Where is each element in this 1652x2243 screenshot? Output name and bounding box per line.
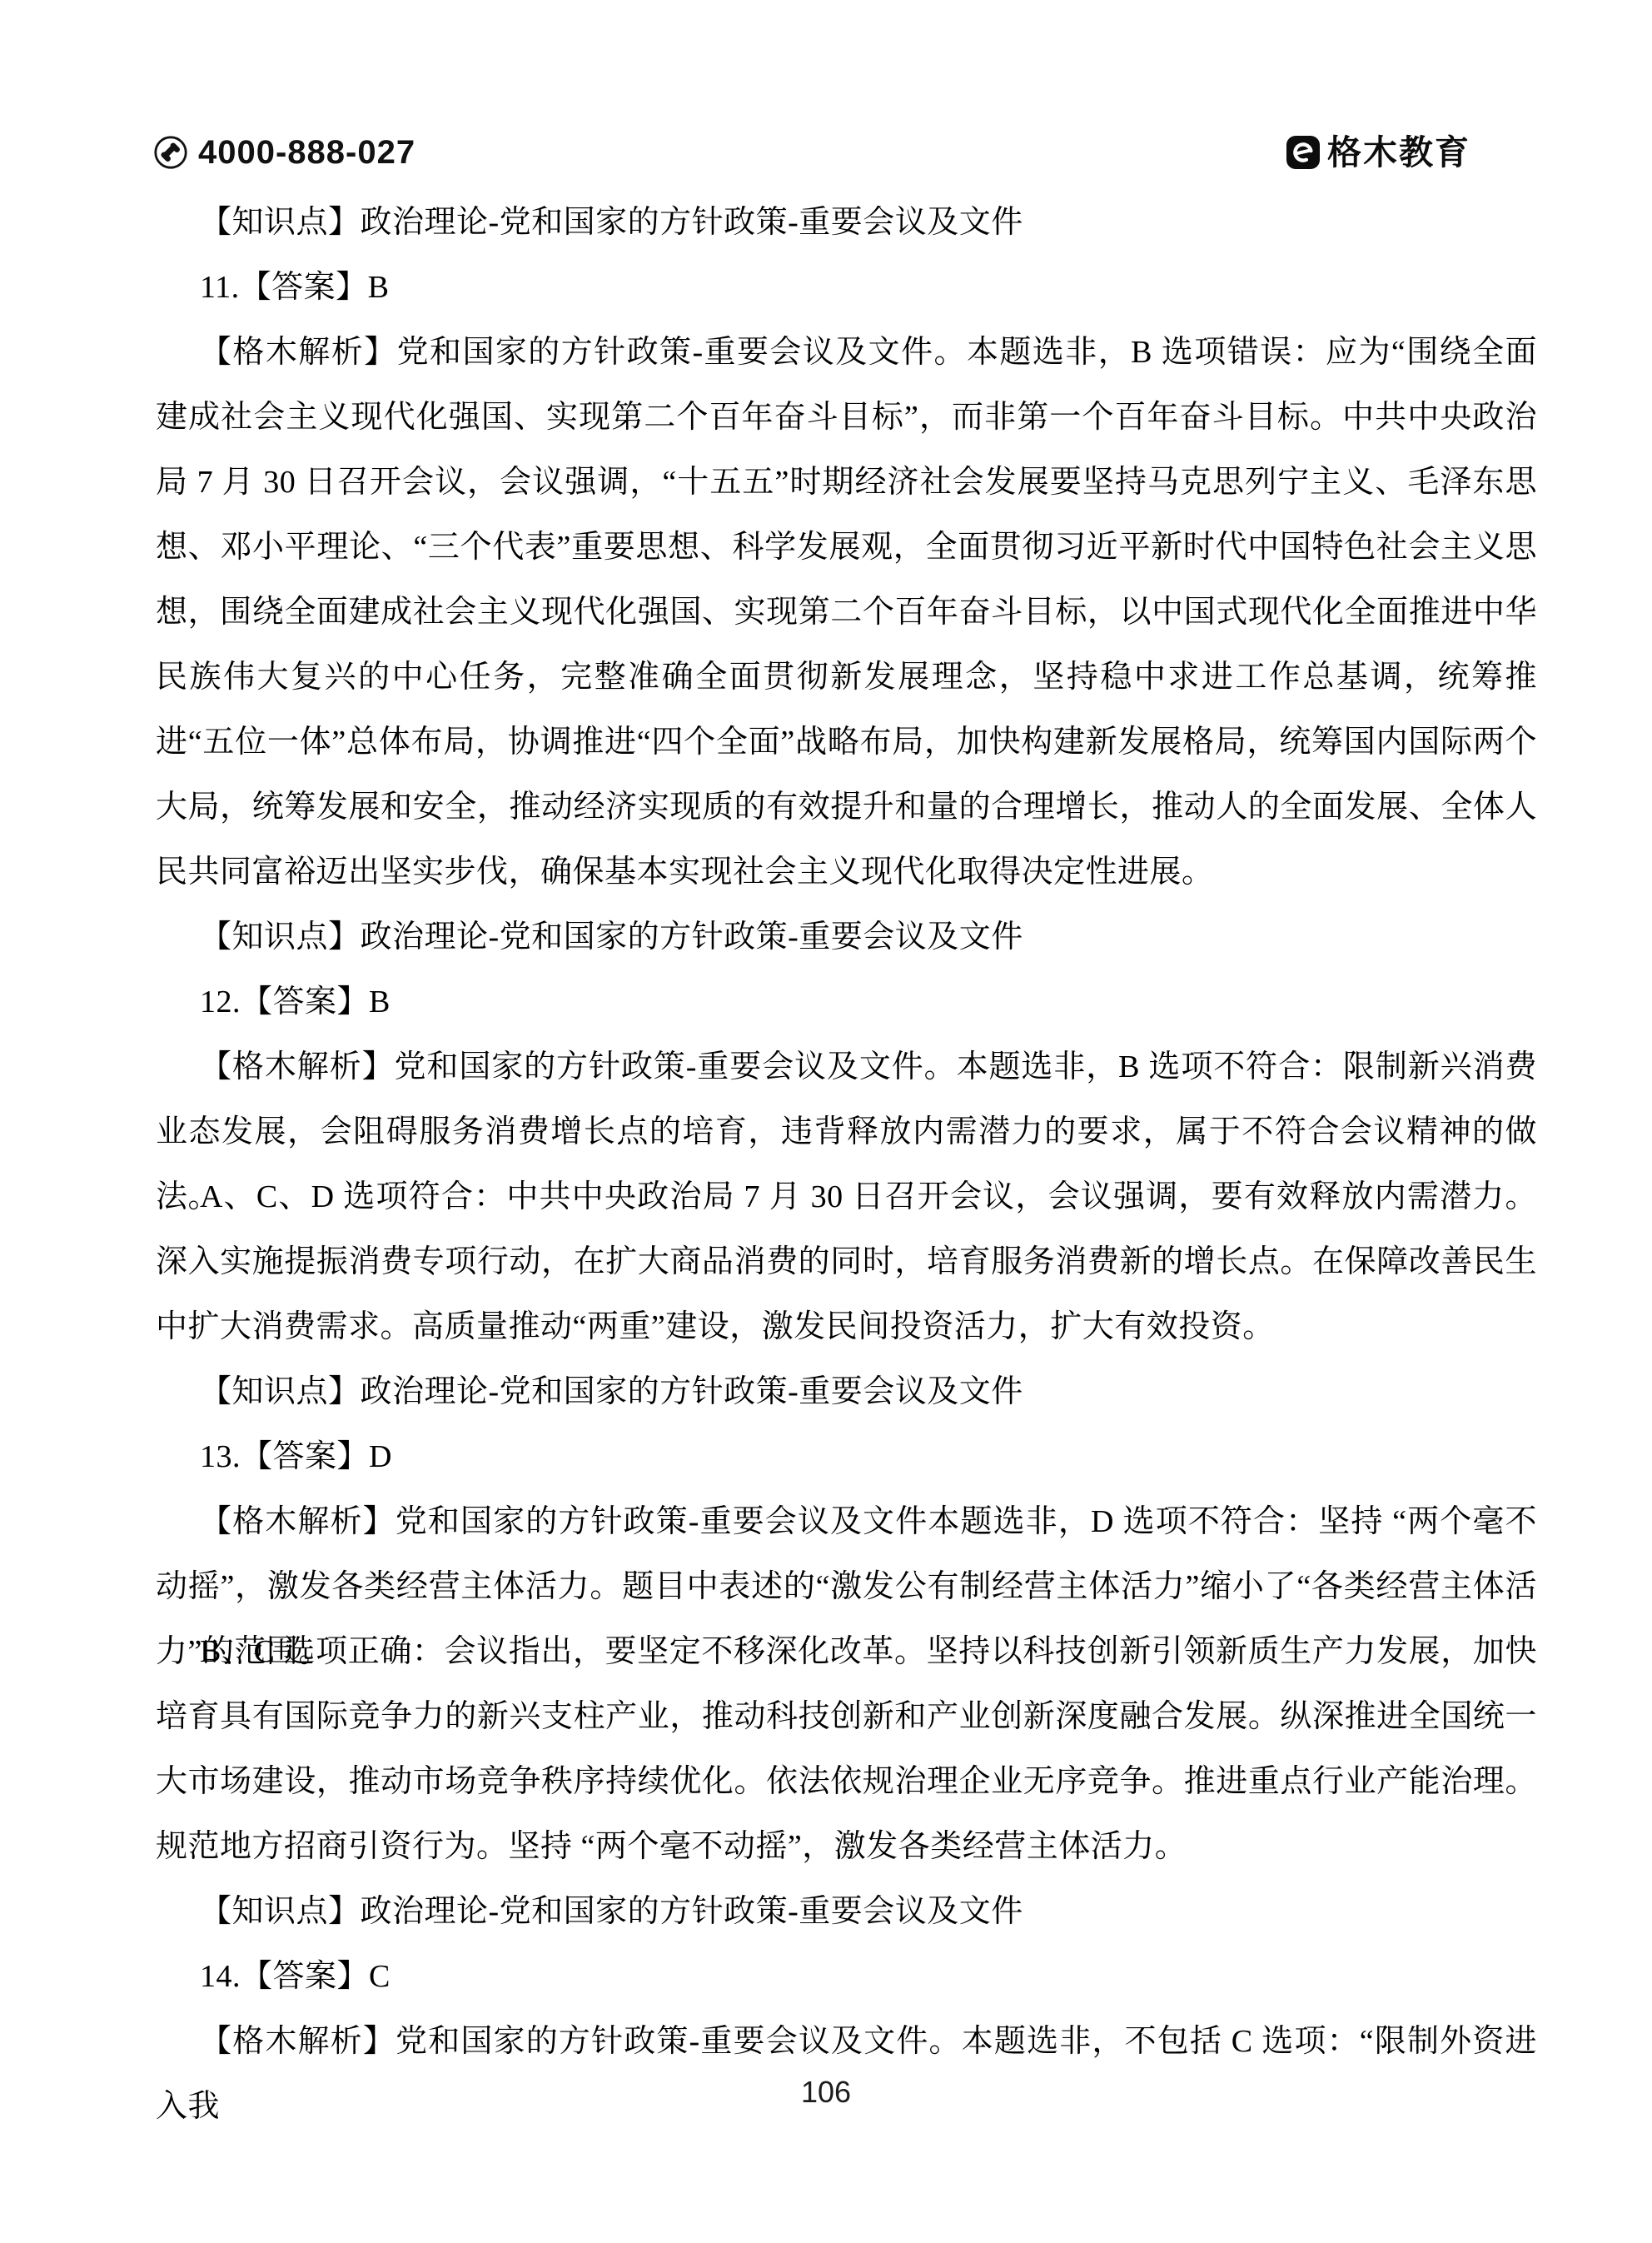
knowledge-point-line-q11: 【知识点】政治理论-党和国家的方针政策-重要会议及文件 bbox=[156, 905, 1537, 969]
document-body: 【知识点】政治理论-党和国家的方针政策-重要会议及文件 11.【答案】B 【格木… bbox=[156, 0, 1537, 2243]
options-paragraph-12-acd: A、C、D 选项符合：中共中央政治局 7 月 30 日召开会议，会议强调，要有效… bbox=[156, 1164, 1537, 1359]
answer-line-12: 12.【答案】B bbox=[156, 969, 1537, 1034]
analysis-paragraph-11: 【格木解析】党和国家的方针政策-重要会议及文件。本题选非，B 选项错误：应为“围… bbox=[156, 320, 1537, 905]
options-paragraph-13-bc: B、C 选项正确：会议指出，要坚定不移深化改革。坚持以科技创新引领新质生产力发展… bbox=[156, 1619, 1537, 1879]
page-number: 106 bbox=[0, 2071, 1652, 2113]
knowledge-point-line-q10: 【知识点】政治理论-党和国家的方针政策-重要会议及文件 bbox=[156, 190, 1537, 255]
answer-line-14: 14.【答案】C bbox=[156, 1944, 1537, 2009]
answer-line-13: 13.【答案】D bbox=[156, 1424, 1537, 1489]
document-page: 4000-888-027 格木教育 【知识点】政治理论-党和国家的方针政策-重要… bbox=[0, 0, 1652, 2243]
knowledge-point-line-q13: 【知识点】政治理论-党和国家的方针政策-重要会议及文件 bbox=[156, 1879, 1537, 1944]
knowledge-point-line-q12: 【知识点】政治理论-党和国家的方针政策-重要会议及文件 bbox=[156, 1359, 1537, 1424]
answer-line-11: 11.【答案】B bbox=[156, 255, 1537, 320]
